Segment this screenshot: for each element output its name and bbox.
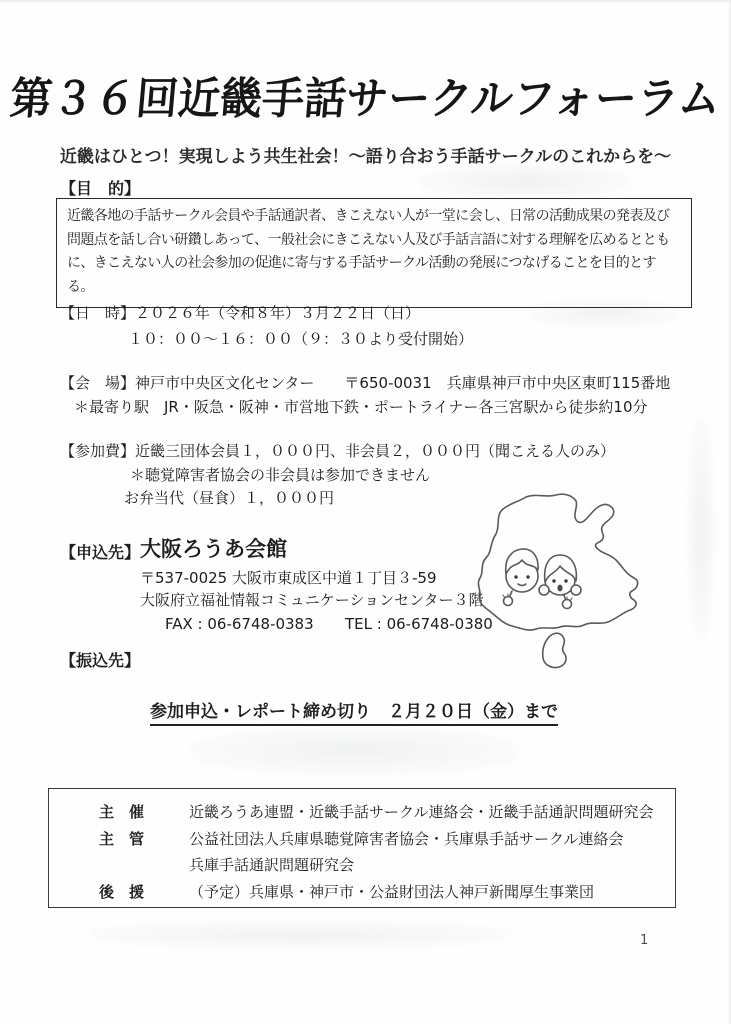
bank-section-label: 【振込先】 <box>60 648 140 671</box>
organizer-row: 後 援 （予定）兵庫県・神戸市・公益財団法人神戸新聞厚生事業団 <box>49 881 594 902</box>
bleed-through-artifact <box>420 165 630 199</box>
island-outline <box>543 633 566 667</box>
organizer-row: 主 管 公益社団法人兵庫県聴覚障害者協会・兵庫県手話サークル連絡会 <box>49 828 624 849</box>
fee-lunch: お弁当代（昼食）１，０００円 <box>124 487 334 508</box>
application-address-1: 〒537-0025 大阪市東成区中道１丁目３-59 <box>140 567 437 588</box>
scan-artifact-top <box>0 0 731 3</box>
organizer-role <box>99 854 163 875</box>
organizer-role: 主 管 <box>99 828 163 849</box>
organizer-row: 主 催 近畿ろうあ連盟・近畿手話サークル連絡会・近畿手話通訳問題研究会 <box>49 801 654 822</box>
organizer-text: 公益社団法人兵庫県聴覚障害者協会・兵庫県手話サークル連絡会 <box>189 828 624 849</box>
girl-pigtail-right <box>571 585 581 595</box>
deadline-text: 参加申込・レポート締め切り ２月２０日（金）まで <box>150 697 558 726</box>
application-address-2: 大阪府立福祉情報コミュニケーションセンター３階 <box>140 589 484 610</box>
datetime-line: 【日 時】２０２６年（令和８年）３月２２日（日） <box>60 302 420 323</box>
organizer-text: 兵庫手話通訳問題研究会 <box>189 854 354 875</box>
application-venue-name: 大阪ろうあ会館 <box>140 533 287 563</box>
fee-note: ＊聴覚障害者協会の非会員は参加できません <box>130 464 430 485</box>
bleed-through-artifact <box>688 420 714 640</box>
datetime-hours: １０：００～１６：００（９：３０より受付開始） <box>128 328 473 349</box>
venue-access-line: ＊最寄り駅 JR・阪急・阪神・市営地下鉄・ポートライナー各三宮駅から徒歩約10分 <box>74 396 648 417</box>
organizer-role: 主 催 <box>99 801 163 822</box>
page-number: 1 <box>640 933 648 948</box>
hyogo-map-children-illustration <box>466 486 651 686</box>
application-section-label: 【申込先】 <box>60 540 140 563</box>
organizer-row: 兵庫手話通訳問題研究会 <box>49 854 354 875</box>
girl-pigtail-left <box>539 585 549 595</box>
organizer-role: 後 援 <box>99 881 163 902</box>
girl-mouth <box>557 585 562 592</box>
fee-line: 【参加費】近畿三団体会員１，０００円、非会員２，０００円（聞こえる人のみ） <box>60 440 615 461</box>
bleed-through-artifact <box>90 922 510 948</box>
purpose-section-label: 【目 的】 <box>60 176 140 199</box>
organizer-text: （予定）兵庫県・神戸市・公益財団法人神戸新聞厚生事業団 <box>189 881 594 902</box>
venue-line: 【会 場】神戸市中央区文化センター 〒650-0031 兵庫県神戸市中央区東町1… <box>60 372 670 393</box>
page-title: 第３６回近畿手話サークルフォーラム <box>0 65 731 127</box>
organizers-box: 主 催 近畿ろうあ連盟・近畿手話サークル連絡会・近畿手話通訳問題研究会 主 管 … <box>48 788 676 908</box>
page-subtitle: 近畿はひとつ！実現しよう共生社会！～語り合おう手話サークルのこれからを～ <box>0 142 731 167</box>
purpose-text-box: 近畿各地の手話サークル会員や手話通訳者、きこえない人が一堂に会し、日常の活動成果… <box>56 198 692 308</box>
bleed-through-artifact <box>190 728 520 774</box>
application-fax: FAX : 06-6748-0383 <box>165 615 314 633</box>
organizer-text: 近畿ろうあ連盟・近畿手話サークル連絡会・近畿手話通訳問題研究会 <box>189 801 654 822</box>
flyer-page: 第３６回近畿手話サークルフォーラム 近畿はひとつ！実現しよう共生社会！～語り合お… <box>0 0 731 1024</box>
